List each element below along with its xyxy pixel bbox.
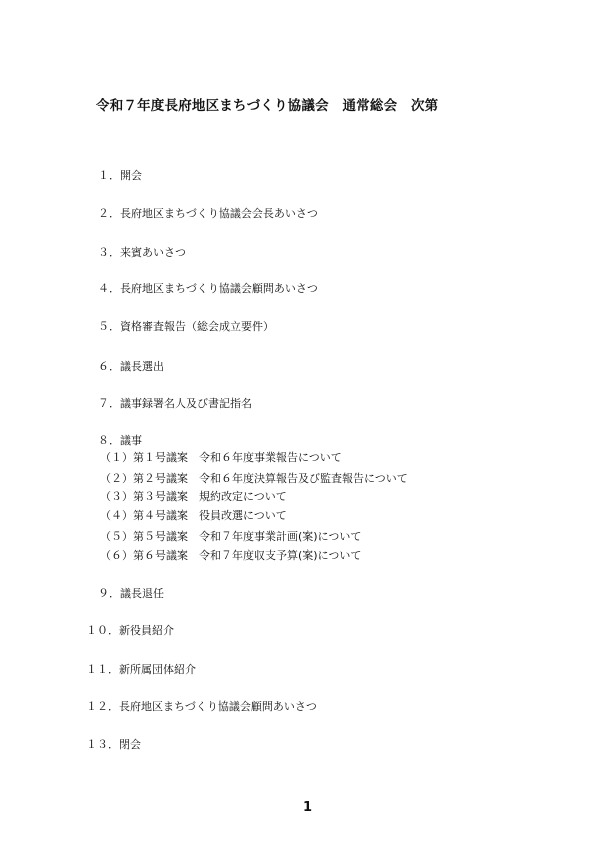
bill-number: 第６号議案 (133, 549, 188, 562)
agenda-item: １２．長府地区まちづくり協議会顧問あいさつ (72, 686, 317, 728)
item-text: 資格審査報告（総会成立要件） (120, 320, 274, 333)
item-number: ７． (98, 397, 120, 410)
item-number: ５． (98, 320, 120, 333)
item-number: １２． (86, 700, 119, 713)
item-text: 議長退任 (120, 587, 164, 600)
item-number: １０． (86, 624, 119, 637)
item-text: 長府地区まちづくり協議会会長あいさつ (120, 207, 318, 220)
item-text: 閉会 (119, 738, 141, 751)
agenda-item: １．開会 (84, 155, 142, 197)
item-text: 新役員紹介 (119, 624, 174, 637)
agenda-item: ７．議事録署名人及び書記指名 (84, 383, 252, 425)
item-number: ４． (98, 282, 120, 295)
item-number: １． (98, 169, 120, 182)
page-number: 1 (303, 800, 312, 815)
agenda-item: ６．議長選出 (84, 346, 164, 388)
proceeding-text: 令和７年度収支予算(案)について (199, 549, 361, 562)
item-text: 長府地区まちづくり協議会顧問あいさつ (119, 700, 317, 713)
item-text: 来賓あいさつ (120, 246, 186, 259)
agenda-item: ５．資格審査報告（総会成立要件） (84, 306, 274, 348)
agenda-item: １０．新役員紹介 (72, 610, 174, 652)
agenda-item: １３．閉会 (72, 724, 141, 766)
proceeding-number: （６） (100, 549, 133, 562)
item-number: １３． (86, 738, 119, 751)
item-text: 議長選出 (120, 360, 164, 373)
item-number: ６． (98, 360, 120, 373)
proceeding-item: （６）第６号議案 令和７年度収支予算(案)について (86, 535, 361, 577)
item-text: 開会 (120, 169, 142, 182)
agenda-item: １１．新所属団体紹介 (72, 649, 196, 691)
item-text: 新所属団体紹介 (119, 663, 196, 676)
item-number: １１． (86, 663, 119, 676)
item-text: 議事録署名人及び書記指名 (120, 397, 252, 410)
item-text: 長府地区まちづくり協議会顧問あいさつ (120, 282, 318, 295)
item-number: ２． (98, 207, 120, 220)
agenda-item: ９．議長退任 (84, 573, 164, 615)
agenda-item: ４．長府地区まちづくり協議会顧問あいさつ (84, 268, 318, 310)
item-number: ３． (98, 246, 120, 259)
agenda-item: ２．長府地区まちづくり協議会会長あいさつ (84, 193, 318, 235)
item-number: ９． (98, 587, 120, 600)
document-title: 令和７年度長府地区まちづくり協議会 通常総会 次第 (96, 94, 438, 114)
